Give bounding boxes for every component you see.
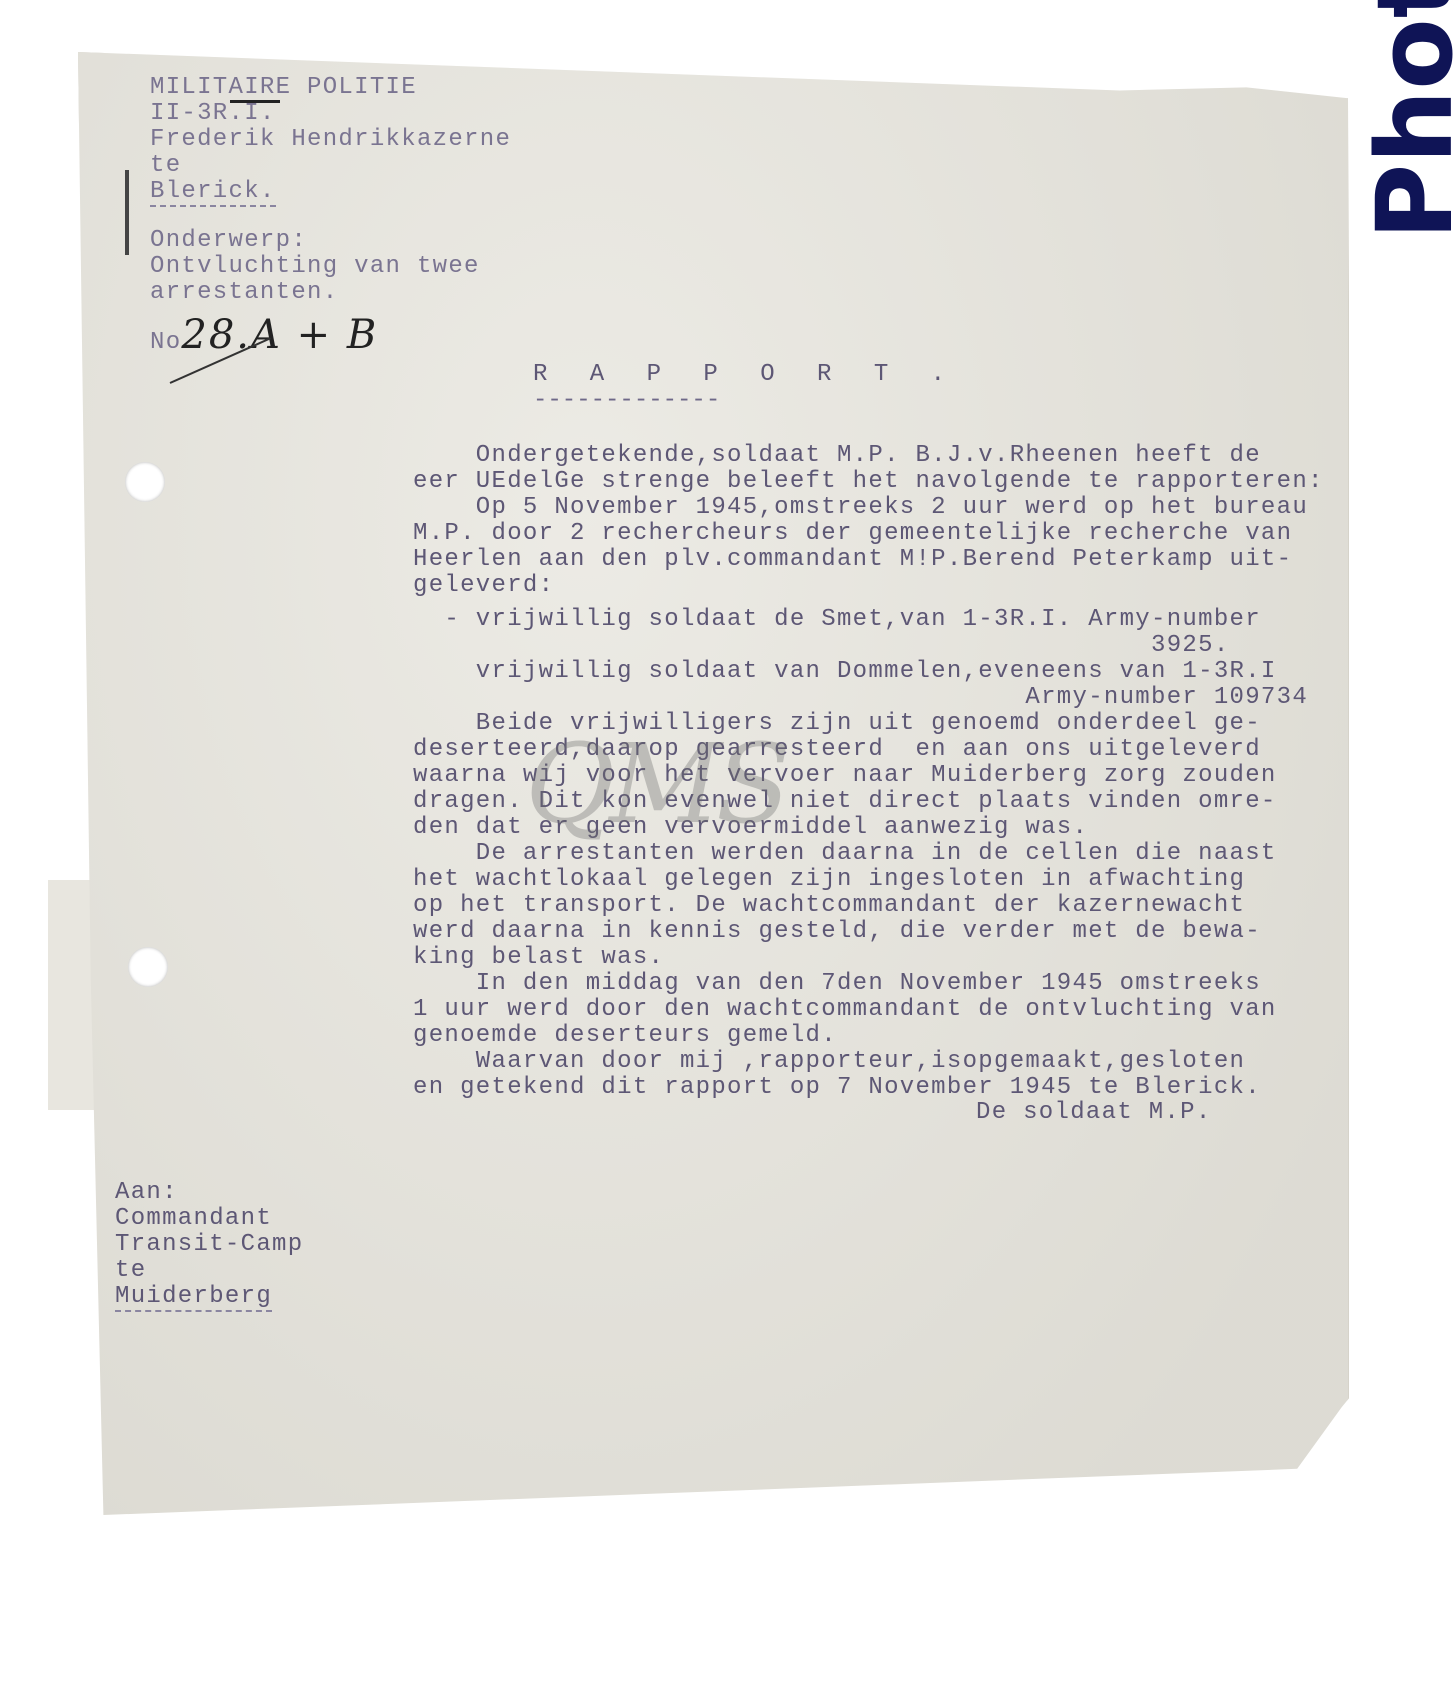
letterhead-barracks: Frederik Hendrikkazerne	[150, 127, 511, 153]
photo-watermark-side: Photo	[1370, 0, 1454, 240]
body-line: Op 5 November 1945,omstreeks 2 uur werd …	[413, 495, 1324, 521]
subject-line-1: Ontvluchting van twee	[150, 254, 480, 280]
recipient-location: Muiderberg	[115, 1283, 272, 1312]
recipient-title: Commandant	[115, 1206, 303, 1232]
body-line: king belast was.	[413, 945, 1324, 971]
letterhead-city: Blerick.	[150, 178, 276, 207]
body-line: Ondergetekende,soldaat M.P. B.J.v.Rheene…	[413, 443, 1324, 469]
report-title-block: R A P P O R T . -------------	[533, 362, 959, 414]
body-line: eer UEdelGe strenge beleeft het navolgen…	[413, 469, 1324, 495]
reference-number: No 28.A + B	[150, 312, 378, 358]
staple-mark	[125, 170, 129, 255]
recipient-block: Aan: Commandant Transit-Camp te Muiderbe…	[115, 1180, 303, 1310]
qms-watermark: QMS	[525, 720, 785, 848]
body-line: en getekend dit rapport op 7 November 19…	[413, 1075, 1324, 1101]
letterhead-unit: II-3R.I.	[150, 101, 511, 127]
report-title: R A P P O R T .	[533, 362, 959, 388]
subject-line-2: arrestanten.	[150, 280, 480, 306]
subject-block: Onderwerp: Ontvluchting van twee arresta…	[150, 228, 480, 306]
punch-hole-top	[125, 462, 165, 502]
body-line: 1 uur werd door den wachtcommandant de o…	[413, 997, 1324, 1023]
body-line: werd daarna in kennis gesteld, die verde…	[413, 919, 1324, 945]
body-line: Army-number 109734	[413, 685, 1324, 711]
body-line: genoemde deserteurs gemeld.	[413, 1023, 1324, 1049]
letterhead-org: MILITAIRE POLITIE	[150, 75, 511, 101]
recipient-camp: Transit-Camp	[115, 1232, 303, 1258]
punch-hole-bottom	[128, 947, 168, 987]
body-line: In den middag van den 7den November 1945…	[413, 971, 1324, 997]
recipient-te: te	[115, 1258, 303, 1284]
signature-line: De soldaat M.P.	[976, 1100, 1212, 1126]
recipient-label: Aan:	[115, 1180, 303, 1206]
reference-prefix: No	[150, 330, 181, 356]
body-line: 3925.	[413, 633, 1324, 659]
body-line: op het transport. De wachtcommandant der…	[413, 893, 1324, 919]
body-line: - vrijwillig soldaat de Smet,van 1-3R.I.…	[413, 607, 1324, 633]
letterhead-te: te	[150, 153, 511, 179]
subject-label: Onderwerp:	[150, 228, 480, 254]
reference-handwritten: 28.A + B	[181, 312, 378, 358]
strike-mark	[230, 100, 280, 103]
body-line: Waarvan door mij ,rapporteur,isopgemaakt…	[413, 1049, 1324, 1075]
letterhead: MILITAIRE POLITIE II-3R.I. Frederik Hend…	[150, 75, 511, 205]
body-line: geleverd:	[413, 573, 1324, 599]
report-title-underline: -------------	[533, 388, 959, 414]
body-line: vrijwillig soldaat van Dommelen,eveneens…	[413, 659, 1324, 685]
body-line: M.P. door 2 rechercheurs der gemeentelij…	[413, 521, 1324, 547]
body-line: Heerlen aan den plv.commandant M!P.Beren…	[413, 547, 1324, 573]
body-line: het wachtlokaal gelegen zijn ingesloten …	[413, 867, 1324, 893]
